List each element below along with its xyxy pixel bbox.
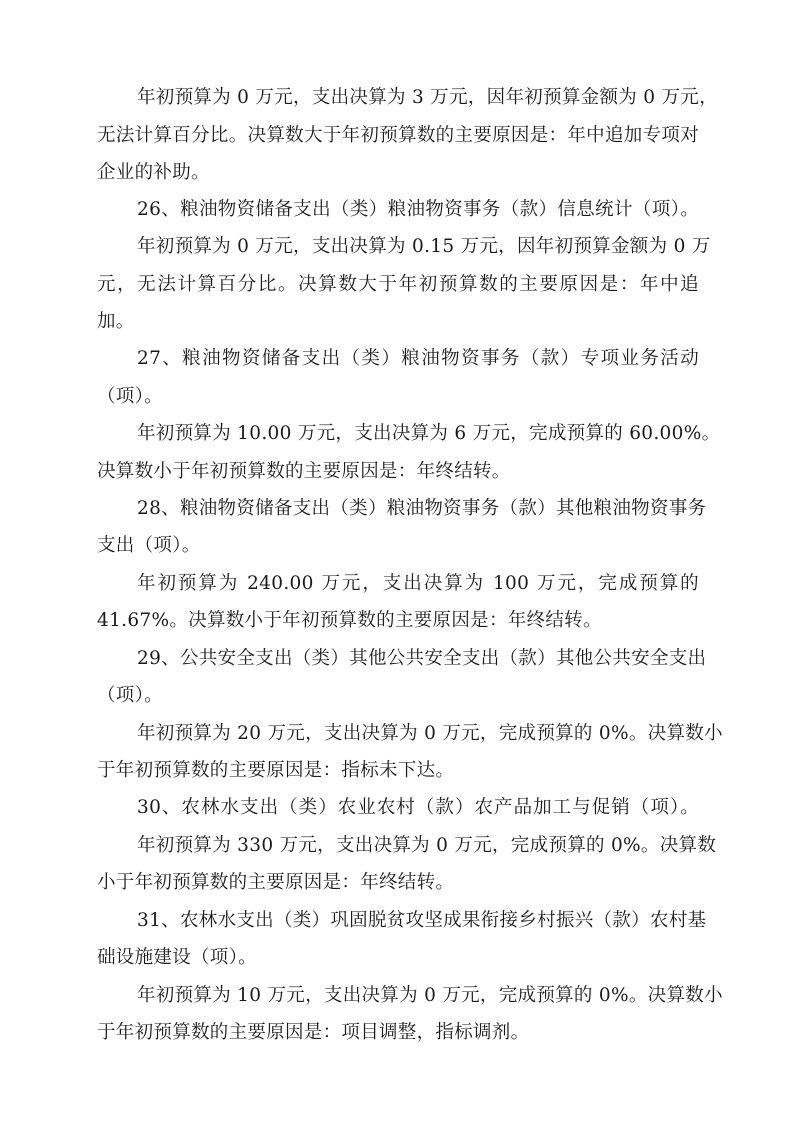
text-line: 26、粮油物资储备支出（类）粮油物资事务（款）信息统计（项）。 — [137, 198, 699, 222]
text-line: 元，无法计算百分比。决算数大于年初预算数的主要原因是：年中追 — [97, 273, 699, 297]
text-line: 年初预算为 10.00 万元，支出决算为 6 万元，完成预算的 60.00%。 — [137, 422, 699, 446]
text-line: 年初预算为 0 万元，支出决算为 3 万元，因年初预算金额为 0 万元， — [137, 86, 699, 110]
text-line: 加。 — [97, 310, 699, 334]
text-line: 础设施建设（项）。 — [97, 946, 699, 970]
text-line: 决算数小于年初预算数的主要原因是：年终结转。 — [97, 460, 699, 484]
text-line: 企业的补助。 — [97, 161, 699, 185]
text-line: 28、粮油物资储备支出（类）粮油物资事务（款）其他粮油物资事务 — [137, 497, 699, 521]
text-line: 年初预算为 10 万元，支出决算为 0 万元，完成预算的 0%。决算数小 — [137, 984, 699, 1008]
text-line: 小于年初预算数的主要原因是：年终结转。 — [97, 871, 699, 895]
text-line: （项）。 — [97, 684, 699, 708]
text-line: 年初预算为 330 万元，支出决算为 0 万元，完成预算的 0%。决算数 — [137, 834, 699, 858]
text-line: 27、粮油物资储备支出（类）粮油物资事务（款）专项业务活动 — [137, 347, 699, 371]
text-line: 29、公共安全支出（类）其他公共安全支出（款）其他公共安全支出 — [137, 647, 699, 671]
text-line: 无法计算百分比。决算数大于年初预算数的主要原因是：年中追加专项对 — [97, 124, 699, 148]
text-line: 年初预算为 20 万元，支出决算为 0 万元，完成预算的 0%。决算数小 — [137, 722, 699, 746]
text-line: 年初预算为 0 万元，支出决算为 0.15 万元，因年初预算金额为 0 万 — [137, 235, 699, 259]
text-line: 年初预算为 240.00 万元，支出决算为 100 万元，完成预算的 — [137, 572, 699, 596]
text-line: （项）。 — [97, 385, 699, 409]
text-line: 31、农林水支出（类）巩固脱贫攻坚成果衔接乡村振兴（款）农村基 — [137, 909, 699, 933]
text-line: 41.67%。决算数小于年初预算数的主要原因是：年终结转。 — [97, 609, 699, 633]
text-line: 于年初预算数的主要原因是：指标未下达。 — [97, 759, 699, 783]
document-page: 年初预算为 0 万元，支出决算为 3 万元，因年初预算金额为 0 万元，无法计算… — [0, 0, 793, 1122]
text-line: 支出（项）。 — [97, 534, 699, 558]
text-line: 30、农林水支出（类）农业农村（款）农产品加工与促销（项）。 — [137, 796, 699, 820]
text-line: 于年初预算数的主要原因是：项目调整，指标调剂。 — [97, 1021, 699, 1045]
